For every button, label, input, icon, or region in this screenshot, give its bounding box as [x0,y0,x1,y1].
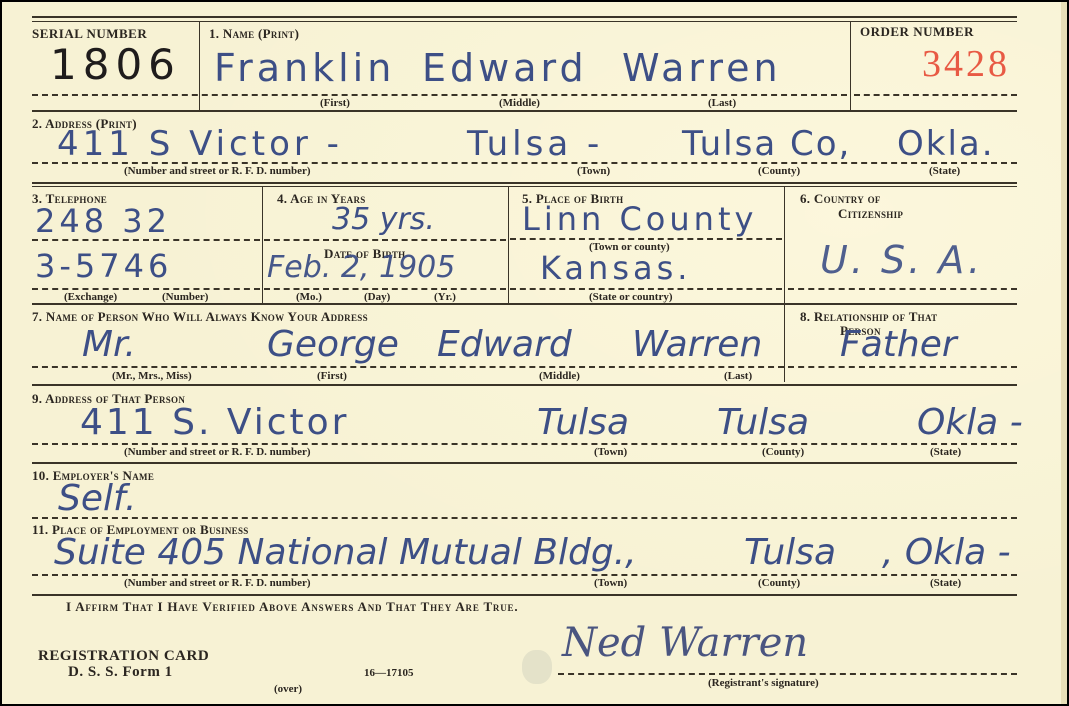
divider [784,304,785,382]
row-rule [32,182,1017,184]
name-label: 1. Name (Print) [209,26,299,42]
employment-underline [32,574,1017,576]
row-rule [32,303,1017,305]
place-of-birth-state-value: Kansas. [540,249,691,287]
contact-first-value: George [267,324,399,365]
employment-town-value: Tulsa [744,532,836,573]
top-rule [32,16,1017,18]
row-rule [32,110,1017,112]
registrant-signature: Ned Warren [562,620,808,666]
employment-state-caption: (State) [930,577,961,589]
contact-county-caption: (County) [762,446,804,458]
contact-town-caption: (Town) [594,446,627,458]
place-of-birth-town-value: Linn County [522,200,757,238]
address-state-value: Okla. [897,124,995,164]
divider [784,187,785,304]
row-rule [32,384,1017,386]
signature-line [558,673,1017,675]
employer-value: Self. [58,478,137,519]
dob-underline [264,288,506,290]
contact-middle-caption: (Middle) [539,370,580,382]
dob-month-caption: (Mo.) [296,291,322,303]
age-value: 35 yrs. [332,202,435,237]
divider [262,187,263,304]
address-town-value: Tulsa - [467,124,603,164]
top-rule-inner [32,21,1017,22]
date-of-birth-value: Feb. 2, 1905 [267,250,455,285]
name-last-caption: (Last) [708,97,736,109]
telephone-number-caption: (Number) [162,291,208,303]
address-county-value: Tulsa Co, [682,124,851,164]
birth-state-caption: (State or country) [589,291,673,303]
employment-state-value: , Okla - [882,532,1011,573]
contact-title-value: Mr. [82,324,136,365]
address-county-caption: (County) [758,165,800,177]
row-rule [32,462,1017,464]
divider [199,22,200,111]
address-street-caption: (Number and street or R. F. D. number) [124,165,311,177]
employment-street-caption: (Number and street or R. F. D. number) [124,577,311,589]
birth-town-underline [510,238,782,240]
contact-last-caption: (Last) [724,370,752,382]
contact-town-value: Tulsa [537,402,629,443]
contact-street-caption: (Number and street or R. F. D. number) [124,446,311,458]
telephone-number-value: 3-5746 [35,247,172,285]
relationship-underline [788,366,1017,368]
serial-number-value: 1806 [50,40,181,89]
dob-day-caption: (Day) [364,291,390,303]
form-number: D. S. S. Form 1 [68,664,173,681]
smudge [522,650,552,684]
signature-caption: (Registrant's signature) [708,677,819,689]
order-number-label: ORDER NUMBER [860,24,974,40]
address-underline [32,162,1017,164]
name-middle-value: Edward [422,46,588,90]
address-town-caption: (Town) [577,165,610,177]
address-street-value: 411 S Victor - [57,124,343,164]
divider [850,22,851,111]
contact-county-value: Tulsa [717,402,809,443]
telephone-underline-1 [32,239,260,241]
contact-first-caption: (First) [317,370,347,382]
row-rule-inner [32,186,1017,187]
telephone-exchange-value: 248 32 [35,202,171,240]
telephone-exchange-caption: (Exchange) [64,291,117,303]
order-underline [854,94,1017,96]
citizenship-label-1: 6. Country of [800,191,881,207]
name-middle-caption: (Middle) [499,97,540,109]
over-note: (over) [274,683,302,695]
contact-state-caption: (State) [930,446,961,458]
registration-card: SERIAL NUMBER 1806 1. Name (Print) Frank… [2,2,1067,704]
citizenship-value: U. S. A. [820,238,983,282]
row-rule [32,594,1017,596]
employment-street-value: Suite 405 National Mutual Bldg., [54,532,637,573]
employment-town-caption: (Town) [594,577,627,589]
employer-underline [32,517,1017,519]
contact-title-caption: (Mr., Mrs., Miss) [112,370,192,382]
contact-street-value: 411 S. Victor [80,402,349,443]
print-code: 16—17105 [364,667,414,679]
address-state-caption: (State) [929,165,960,177]
relationship-value: Father [840,324,957,365]
contact-person-label: 7. Name of Person Who Will Always Know Y… [32,309,368,325]
name-last-value: Warren [622,46,782,90]
divider [508,187,509,304]
citizenship-label-2: Citizenship [838,206,903,222]
contact-state-value: Okla - [917,402,1023,443]
name-underline [32,94,847,96]
contact-underline [32,366,784,368]
citizenship-underline [788,288,1017,290]
name-first-value: Franklin [214,46,395,90]
affirmation-text: I Affirm That I Have Verified Above Answ… [66,599,518,615]
contact-address-underline [32,443,1017,445]
registration-card-title: REGISTRATION CARD [38,648,209,665]
telephone-underline-2 [32,288,260,290]
dob-year-caption: (Yr.) [434,291,456,303]
contact-middle-value: Edward [437,324,572,365]
name-first-caption: (First) [320,97,350,109]
age-underline [264,239,506,241]
contact-last-value: Warren [632,324,762,365]
order-number-value: 3428 [922,42,1010,86]
employment-county-caption: (County) [758,577,800,589]
birth-state-underline [510,288,782,290]
